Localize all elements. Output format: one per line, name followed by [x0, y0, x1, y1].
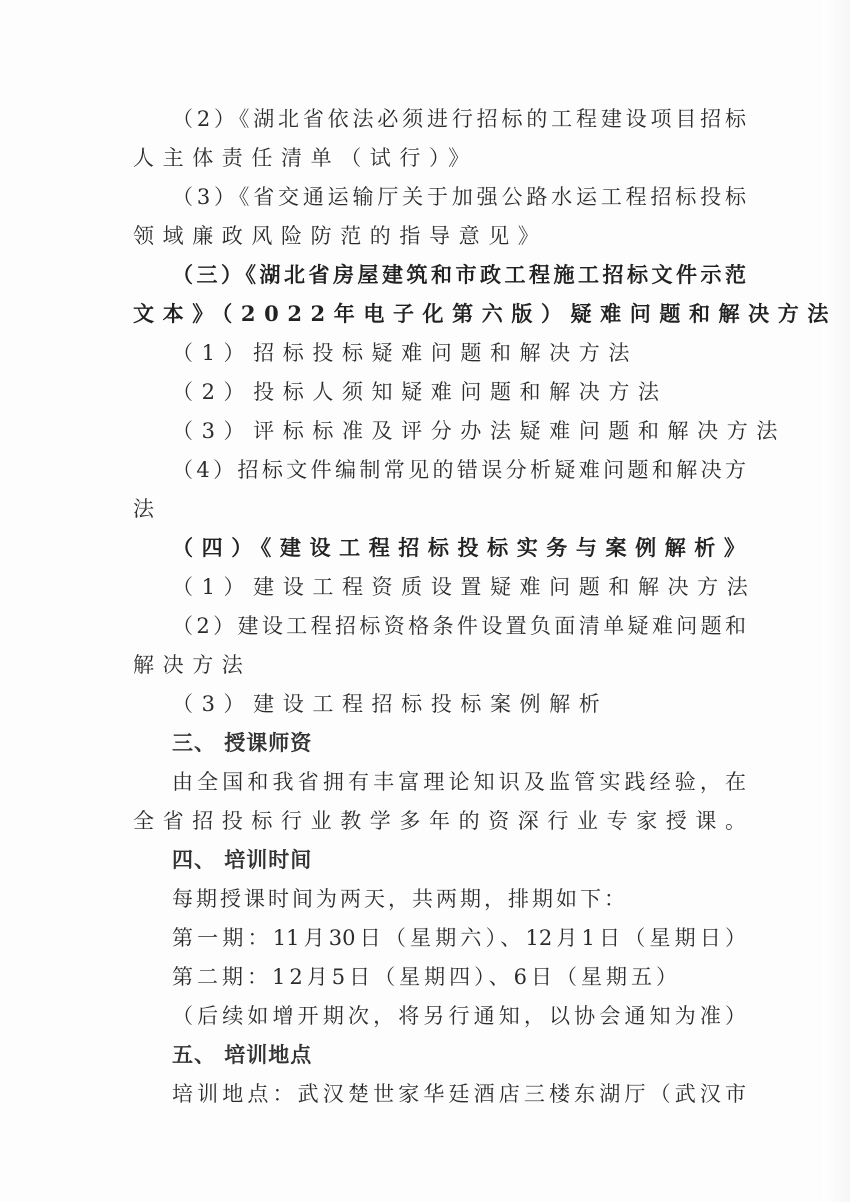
session-1: 第一期：11月30日（星期六）、12月1日（星期日） [172, 923, 746, 953]
text-line: （3）《省交通运输厅关于加强公路水运工程招标投标 [172, 182, 746, 212]
text-line: （三）《湖北省房屋建筑和市政工程施工招标文件示范 [172, 260, 746, 290]
text-line: 解决方法 [133, 650, 746, 680]
text-line: 文本》（2022年电子化第六版）疑难问题和解决方法 [133, 299, 746, 329]
text-line: （四）《建设工程招标投标实务与案例解析》 [172, 533, 746, 563]
teachers-text-line-2: 全省招投标行业教学多年的资深行业专家授课。 [133, 806, 746, 836]
text-line: （2）《湖北省依法必须进行招标的工程建设项目招标 [172, 104, 746, 134]
text-line: （2）建设工程招标资格条件设置负面清单疑难问题和 [172, 611, 746, 641]
section-heading-location: 五、 培训地点 [172, 1040, 746, 1070]
section-heading-teachers: 三、 授课师资 [172, 728, 746, 758]
text-line: 人主体责任清单（试行）》 [133, 143, 746, 173]
text-line: （4）招标文件编制常见的错误分析疑难问题和解决方 [172, 455, 746, 485]
text-line: （1）建设工程资质设置疑难问题和解决方法 [172, 572, 746, 602]
text-line: （2）投标人须知疑难问题和解决方法 [172, 377, 746, 407]
document-page: （2）《湖北省依法必须进行招标的工程建设项目招标人主体责任清单（试行）》（3）《… [0, 0, 850, 1202]
text-line: 领域廉政风险防范的指导意见》 [133, 221, 746, 251]
time-intro: 每期授课时间为两天，共两期，排期如下： [172, 884, 746, 914]
text-line: （3）评标标准及评分办法疑难问题和解决方法 [172, 416, 746, 446]
session-note: （后续如增开期次，将另行通知，以协会通知为准） [172, 1001, 746, 1031]
scan-edge [822, 0, 850, 1202]
text-line: （3）建设工程招标投标案例解析 [172, 689, 746, 719]
text-line: （1）招标投标疑难问题和解决方法 [172, 338, 746, 368]
session-2: 第二期：12月5日（星期四）、6日（星期五） [172, 962, 746, 992]
location-text: 培训地点：武汉楚世家华廷酒店三楼东湖厅（武汉市 [172, 1079, 746, 1109]
teachers-text-line-1: 由全国和我省拥有丰富理论知识及监管实践经验，在 [172, 767, 746, 797]
text-line: 法 [133, 494, 746, 524]
section-heading-time: 四、 培训时间 [172, 845, 746, 875]
